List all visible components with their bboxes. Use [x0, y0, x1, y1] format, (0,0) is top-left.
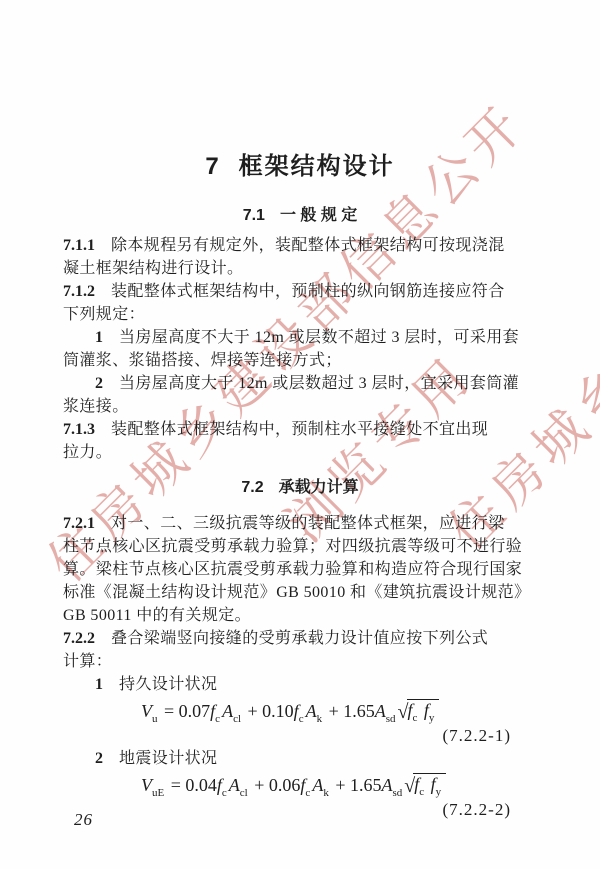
formula-subscript: y	[429, 712, 435, 724]
text-line: 拉力。	[63, 441, 537, 464]
section-number: 7.2	[241, 479, 263, 496]
text-line-content: 地震设计状况	[119, 750, 217, 767]
formula-operator: = 0.04	[166, 775, 217, 795]
text-line-content: 标准《混凝土结构设计规范》GB 50010 和《建筑抗震设计规范》	[63, 584, 530, 601]
formula-variable: A	[229, 775, 240, 795]
formula-variable: V	[141, 701, 152, 721]
text-line-content: 装配整体式框架结构中，预制柱的纵向钢筋连接应符合	[111, 283, 505, 300]
text-line: 算。梁柱节点核心区抗震受剪承载力验算和构造应符合现行国家	[63, 558, 537, 581]
clause-number: 2	[95, 375, 103, 392]
formula-subscript: c	[299, 713, 304, 725]
section-heading-text: 承载力计算	[279, 479, 359, 496]
formula-subscript: c	[222, 787, 227, 799]
formula-variable: V	[141, 775, 152, 795]
formula-subscript: c	[413, 712, 418, 724]
formula-subscript: u	[152, 713, 158, 725]
text-line-content: 筒灌浆、浆锚搭接、焊接等连接方式；	[63, 352, 342, 369]
formula-number: (7.2.2-1)	[63, 725, 511, 747]
text-line-content: 当房屋高度大于 12m 或层数超过 3 层时，宜采用套筒灌	[119, 375, 519, 392]
formula-subscript: y	[436, 786, 442, 798]
text-line-content: 浆连接。	[63, 398, 129, 415]
text-line-content: 持久设计状况	[119, 676, 217, 693]
formula-subscript: k	[317, 713, 323, 725]
formula-subscript: k	[323, 787, 329, 799]
text-line-content: 凝土框架结构进行设计。	[63, 260, 243, 277]
formula-number: (7.2.2-2)	[63, 799, 511, 821]
clause-number: 7.2.2	[63, 630, 95, 647]
text-line-content: 除本规程另有规定外，装配整体式框架结构可按现浇混	[111, 237, 505, 254]
page: { "document": { "watermark": { "color": …	[0, 0, 600, 869]
page-number: 26	[74, 810, 93, 830]
formula-f2: VuE = 0.04fcAcl + 0.06fcAk + 1.65Asd√fc …	[141, 772, 537, 799]
text-line-content: 当房屋高度不大于 12m 或层数不超过 3 层时，可采用套	[119, 329, 519, 346]
formula-subscript: c	[215, 713, 220, 725]
text-line: 7.2.2叠合梁端竖向接缝的受剪承载力设计值应按下列公式	[63, 627, 537, 650]
section-heading: 7.2承载力计算	[63, 476, 537, 500]
formula-subscript: cl	[240, 787, 248, 799]
page-content: 7框架结构设计7.1一 般 规 定7.1.1除本规程另有规定外，装配整体式框架结…	[0, 150, 600, 821]
text-line: 1当房屋高度不大于 12m 或层数不超过 3 层时，可采用套	[63, 326, 537, 349]
formula-operator: + 0.10	[243, 701, 294, 721]
formula-operator: = 0.07	[160, 701, 211, 721]
formula-variable: A	[381, 775, 392, 795]
formula-variable: A	[375, 701, 386, 721]
text-line: 计算：	[63, 650, 537, 673]
formula-subscript: sd	[392, 787, 402, 799]
radicand: fc fy	[413, 773, 446, 802]
text-line: 柱节点核心区抗震受剪承载力验算；对四级抗震等级可不进行验	[63, 535, 537, 558]
text-line: 筒灌浆、浆锚搭接、焊接等连接方式；	[63, 349, 537, 372]
chapter-number: 7	[205, 153, 218, 180]
radicand: fc fy	[407, 699, 440, 728]
formula-subscript: cl	[233, 713, 241, 725]
formula-subscript: c	[419, 786, 424, 798]
text-line: 标准《混凝土结构设计规范》GB 50010 和《建筑抗震设计规范》	[63, 581, 537, 604]
formula-variable: f	[431, 774, 436, 794]
text-line: 1持久设计状况	[63, 673, 537, 696]
text-line: 浆连接。	[63, 395, 537, 418]
formula-operator: + 0.06	[250, 775, 301, 795]
text-line-content: 拉力。	[63, 444, 112, 461]
clause-number: 7.1.2	[63, 283, 95, 300]
formula-operator: + 1.65	[331, 775, 382, 795]
clause-number: 1	[95, 329, 103, 346]
text-line-content: 装配整体式框架结构中，预制柱水平接缝处不宜出现	[111, 421, 488, 438]
formula-subscript: uE	[152, 787, 164, 799]
clause-number: 7.1.3	[63, 421, 95, 438]
formula-variable: A	[312, 775, 323, 795]
clause-number: 1	[95, 676, 103, 693]
formula-subscript: sd	[386, 713, 396, 725]
section-heading-text: 一 般 规 定	[280, 207, 357, 224]
text-line-content: 柱节点核心区抗震受剪承载力验算；对四级抗震等级可不进行验	[63, 538, 522, 555]
text-line: 7.1.2装配整体式框架结构中，预制柱的纵向钢筋连接应符合	[63, 280, 537, 303]
text-line-content: GB 50011 中的有关规定。	[63, 607, 251, 624]
section-number: 7.1	[243, 207, 265, 224]
section-heading: 7.1一 般 规 定	[63, 204, 537, 228]
formula-f1: Vu = 0.07fcAcl + 0.10fcAk + 1.65Asd√fc f…	[141, 698, 537, 725]
chapter-title-text: 框架结构设计	[239, 153, 395, 180]
clause-number: 7.1.1	[63, 237, 95, 254]
text-line: 下列规定：	[63, 303, 537, 326]
text-line: 2当房屋高度大于 12m 或层数超过 3 层时，宜采用套筒灌	[63, 372, 537, 395]
text-line: 凝土框架结构进行设计。	[63, 257, 537, 280]
formula-variable: f	[294, 701, 299, 721]
text-line: 2地震设计状况	[63, 747, 537, 770]
text-line-content: 叠合梁端竖向接缝的受剪承载力设计值应按下列公式	[111, 630, 488, 647]
formula-variable: f	[408, 700, 413, 720]
formula-variable: A	[306, 701, 317, 721]
formula-variable: A	[222, 701, 233, 721]
chapter-title: 7框架结构设计	[63, 150, 537, 184]
formula-operator: + 1.65	[324, 701, 375, 721]
text-line-content: 算。梁柱节点核心区抗震受剪承载力验算和构造应符合现行国家	[63, 561, 522, 578]
clause-number: 2	[95, 750, 103, 767]
text-line: 7.1.3装配整体式框架结构中，预制柱水平接缝处不宜出现	[63, 418, 537, 441]
text-line: 7.1.1除本规程另有规定外，装配整体式框架结构可按现浇混	[63, 234, 537, 257]
clause-number: 7.2.1	[63, 515, 95, 532]
text-line-content: 对一、二、三级抗震等级的装配整体式框架，应进行梁	[111, 515, 505, 532]
formula-subscript: c	[305, 787, 310, 799]
text-line: GB 50011 中的有关规定。	[63, 604, 537, 627]
text-line-content: 下列规定：	[63, 306, 145, 323]
text-line-content: 计算：	[63, 653, 112, 670]
text-line: 7.2.1对一、二、三级抗震等级的装配整体式框架，应进行梁	[63, 512, 537, 535]
